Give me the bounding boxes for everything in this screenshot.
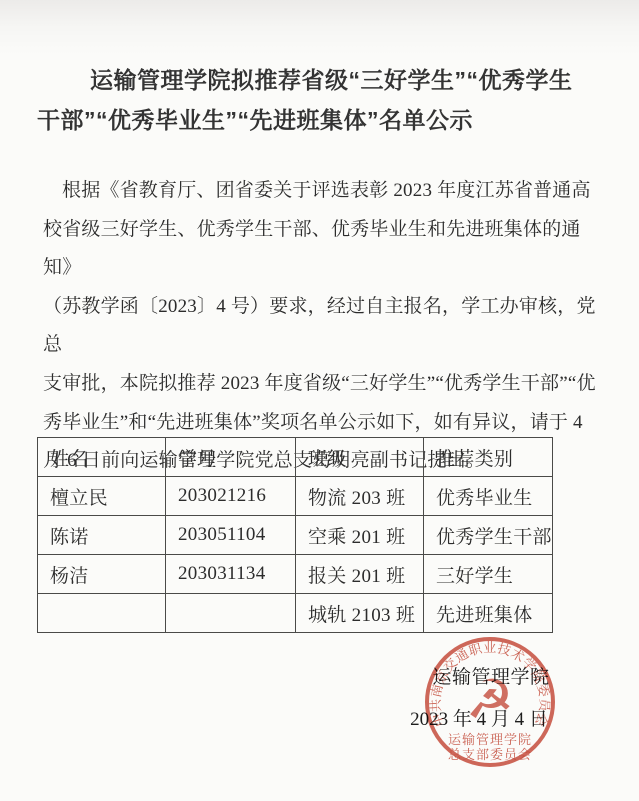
table-row: 檀立民 203021216 物流 203 班 优秀毕业生 <box>38 477 553 516</box>
table-cell-class: 报关 201 班 <box>296 555 424 594</box>
table-cell-student-id: 203031134 <box>166 555 296 594</box>
table-cell-name: 杨洁 <box>38 555 166 594</box>
document-title: 运输管理学院拟推荐省级“三好学生”“优秀学生 干部”“优秀毕业生”“先进班集体”… <box>37 60 609 140</box>
seal-college-line: 运输管理学院 <box>448 732 532 747</box>
table-header-row: 姓名 学号 班级 推荐类别 <box>38 438 553 477</box>
body-paragraph: 根据《省教育厅、团省委关于评选表彰 2023 年度江苏省普通高 校省级三好学生、… <box>43 172 609 481</box>
title-line-1: 运输管理学院拟推荐省级“三好学生”“优秀学生 <box>37 60 609 100</box>
table-row: 杨洁 203031134 报关 201 班 三好学生 <box>38 555 553 594</box>
table-cell-name: 檀立民 <box>38 477 166 516</box>
table-header-class: 班级 <box>296 438 424 477</box>
table-cell-student-id: 203051104 <box>166 516 296 555</box>
hammer-sickle-icon: ☭ <box>466 668 514 731</box>
table-cell-class: 物流 203 班 <box>296 477 424 516</box>
body-line: （苏教学函〔2023〕4 号）要求，经过自主报名，学工办审核，党总 <box>43 288 609 365</box>
table-header-category: 推荐类别 <box>424 438 553 477</box>
table-header-name: 姓名 <box>38 438 166 477</box>
official-seal: 中共南京交通职业技术学院委员会 ☭ 运输管理学院 总支部委员会 <box>420 632 560 772</box>
seal-committee-line: 总支部委员会 <box>448 747 532 762</box>
table-cell-name: 陈诺 <box>38 516 166 555</box>
table-cell-category: 优秀学生干部 <box>424 516 553 555</box>
table-row: 城轨 2103 班 先进班集体 <box>38 594 553 633</box>
body-line: 根据《省教育厅、团省委关于评选表彰 2023 年度江苏省普通高 <box>43 172 609 211</box>
body-line: 校省级三好学生、优秀学生干部、优秀毕业生和先进班集体的通知》 <box>43 211 609 288</box>
table-cell-name <box>38 594 166 633</box>
table-cell-student-id <box>166 594 296 633</box>
table-row: 陈诺 203051104 空乘 201 班 优秀学生干部 <box>38 516 553 555</box>
table-cell-class: 空乘 201 班 <box>296 516 424 555</box>
document-page: 运输管理学院拟推荐省级“三好学生”“优秀学生 干部”“优秀毕业生”“先进班集体”… <box>0 0 639 801</box>
table-cell-student-id: 203021216 <box>166 477 296 516</box>
table-cell-class: 城轨 2103 班 <box>296 594 424 633</box>
table-cell-category: 三好学生 <box>424 555 553 594</box>
table-header-student-id: 学号 <box>166 438 296 477</box>
table-cell-category: 优秀毕业生 <box>424 477 553 516</box>
title-line-2: 干部”“优秀毕业生”“先进班集体”名单公示 <box>37 100 609 140</box>
recommendation-table: 姓名 学号 班级 推荐类别 檀立民 203021216 物流 203 班 优秀毕… <box>37 437 553 633</box>
body-line: 支审批，本院拟推荐 2023 年度省级“三好学生”“优秀学生干部”“优 <box>43 365 609 404</box>
table-cell-category: 先进班集体 <box>424 594 553 633</box>
